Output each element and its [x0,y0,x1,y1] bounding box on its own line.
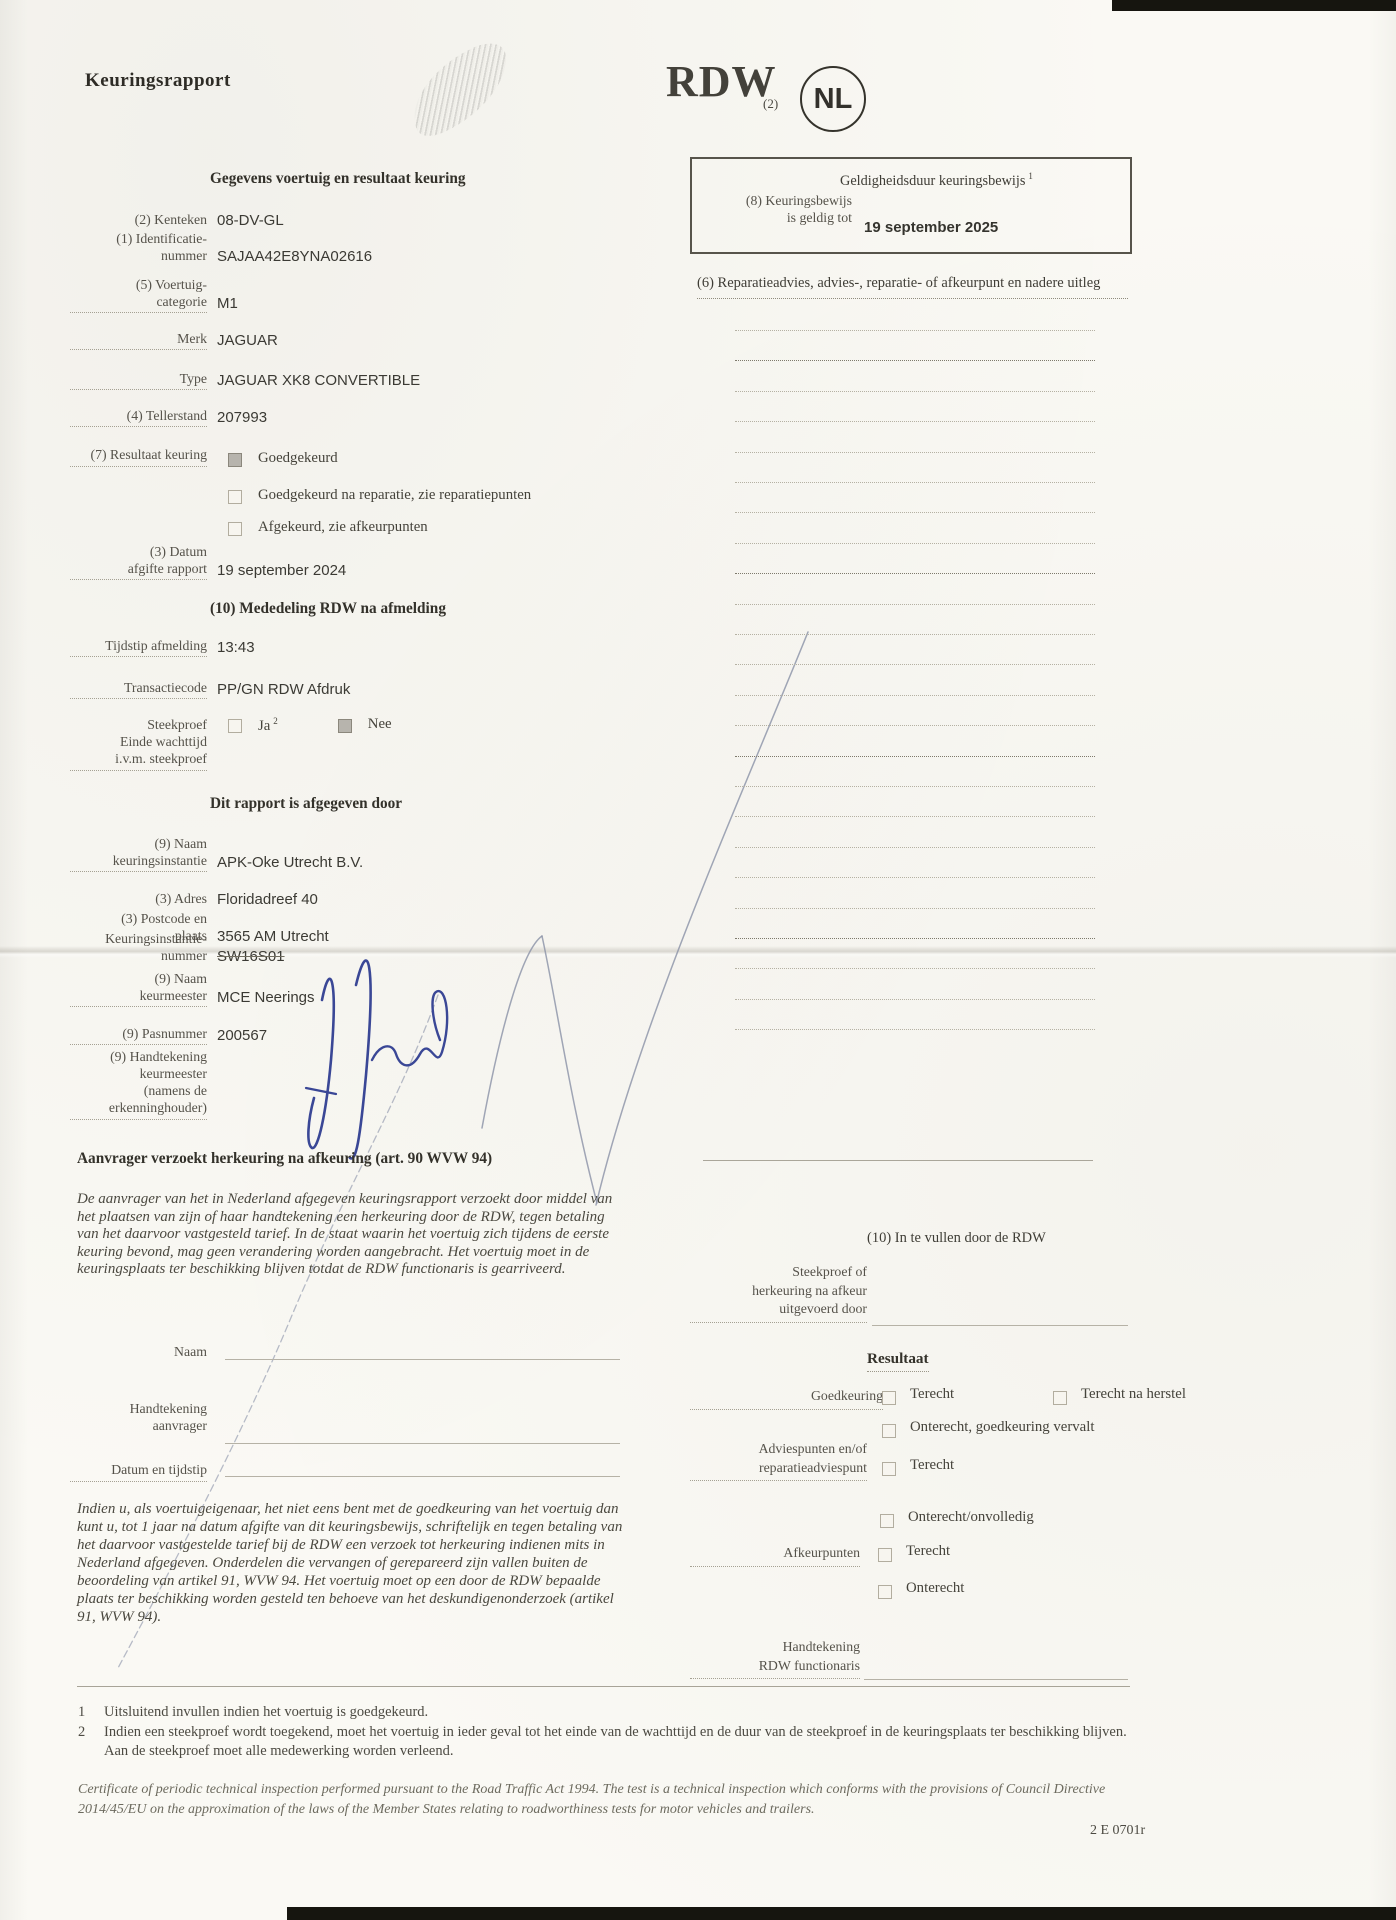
option-label: Goedgekeurd [258,450,338,467]
scan-artifact-top-bar [1112,0,1396,11]
field-merk: Merk JAGUAR [70,330,600,350]
goedkeuring-label: Goedkeuring [690,1387,883,1410]
handtekening-aanvrager-line [225,1443,620,1444]
uitgevoerd-door-line [872,1325,1128,1326]
checkbox-onterecht-onvolledig [880,1514,894,1528]
herkeuring-heading: Aanvrager verzoekt herkeuring na afkeuri… [77,1150,492,1168]
field-value: 08-DV-GL [207,212,284,230]
repair-lines [735,330,1095,1045]
option-label: Goedgekeurd na reparatie, zie reparatiep… [258,487,531,504]
resultaat-heading: Resultaat [867,1350,929,1372]
field-label: (1) Identificatie- nummer [70,230,207,266]
option-terecht: Terecht [910,1386,954,1403]
validity-title: Geldigheidsduur keuringsbewijs 1 [840,171,1033,190]
footnote-text: Indien een steekproef wordt toegekend, m… [104,1723,1134,1760]
checkbox-goedgekeurd-na-reparatie [228,490,242,504]
afkeurpunten-label: Afkeurpunten [690,1544,860,1567]
rdw-fill-heading: (10) In te vullen door de RDW [867,1230,1046,1247]
field-label: Type [70,370,207,390]
field-label: (2) Kenteken [70,211,207,230]
footnote-text: Uitsluitend invullen indien het voertuig… [104,1703,428,1722]
option-terecht-afkeur: Terecht [906,1543,950,1560]
checkbox-terecht-na-herstel [1053,1391,1067,1405]
option-goedgekeurd: Goedgekeurd [228,450,338,467]
checkbox-afgekeurd [228,522,242,536]
validity-value: 19 september 2025 [864,219,998,236]
option-goedgekeurd-na-reparatie: Goedgekeurd na reparatie, zie reparatiep… [228,487,531,504]
repair-extra-line [703,1160,1093,1161]
uitgevoerd-door-label: Steekproef of herkeuring na afkeur uitge… [690,1263,867,1323]
footnote-2: 2 Indien een steekproef wordt toegekend,… [78,1723,1134,1760]
handtekening-aanvrager-label: Handtekening aanvrager [70,1400,207,1437]
resultaat-keuring-label: (7) Resultaat keuring [70,446,207,467]
field-label: (3) Datum afgifte rapport [70,543,207,580]
field-voertuigcategorie: (5) Voertuig- categorie M1 [70,276,600,313]
naam-line [225,1359,620,1360]
field-datum-afgifte: (3) Datum afgifte rapport 19 september 2… [70,543,600,580]
checkbox-terecht-afkeur [878,1548,892,1562]
checkbox-goedgekeurd [228,453,242,467]
option-onterecht: Onterecht [906,1580,964,1597]
repair-section-heading: (6) Reparatieadvies, advies-, reparatie-… [697,275,1128,299]
field-label: (4) Tellerstand [70,407,207,427]
datum-tijdstip-label: Datum en tijdstip [70,1461,207,1482]
field-tellerstand: (4) Tellerstand 207993 [70,407,600,427]
herkeuring-paragraph: De aanvrager van het in Nederland afgege… [77,1191,625,1279]
footnote-number: 1 [78,1703,90,1722]
nl-label: NL [814,83,853,116]
checkbox-terecht [882,1391,896,1405]
scan-artifact-bottom-bar [287,1907,1396,1920]
scanned-document-page: Keuringsrapport RDW (2) NL Gegevens voer… [0,0,1396,1920]
vehicle-section-heading: Gegevens voertuig en resultaat keuring [210,170,466,188]
option-terecht-na-herstel: Terecht na herstel [1081,1386,1186,1403]
adviespunten-label: Adviespunten en/of reparatieadviespunt [690,1440,867,1481]
checkbox-terecht-advies [882,1462,896,1476]
field-label: (5) Voertuig- categorie [70,276,207,313]
option-afgekeurd: Afgekeurd, zie afkeurpunten [228,519,428,536]
document-title: Keuringsrapport [85,70,231,92]
logo-prefix: (2) [763,96,778,112]
option-onterecht-vervalt: Onterecht, goedkeuring vervalt [910,1419,1094,1436]
handtekening-rdw-line [864,1679,1128,1680]
rdw-logo: RDW [666,60,777,104]
checkbox-onterecht [878,1585,892,1599]
field-value: 19 september 2024 [207,562,346,580]
field-identificatienummer: (1) Identificatie- nummer SAJAA42E8YNA02… [70,230,600,266]
herkeuring-paragraph-2: Indien u, als voertuigeigenaar, het niet… [77,1500,633,1626]
field-value: JAGUAR XK8 CONVERTIBLE [207,372,420,390]
form-code: 2 E 0701r [1090,1823,1145,1839]
field-type: Type JAGUAR XK8 CONVERTIBLE [70,370,600,390]
datum-tijdstip-line [225,1476,620,1477]
option-terecht-advies: Terecht [910,1457,954,1474]
naam-label: Naam [70,1343,207,1363]
field-value: M1 [207,295,238,313]
field-value: SAJAA42E8YNA02616 [207,248,372,266]
field-value: 207993 [207,409,267,427]
footnote-separator [77,1686,1130,1687]
validity-label: (8) Keuringsbewijs is geldig tot [712,192,852,226]
scan-smudge-watermark [409,33,513,145]
footnote-number: 2 [78,1723,90,1760]
validity-box: Geldigheidsduur keuringsbewijs 1 (8) Keu… [690,157,1132,254]
footnote-1: 1 Uitsluitend invullen indien het voertu… [78,1703,1134,1722]
certificate-note: Certificate of periodic technical inspec… [78,1780,1108,1820]
option-onterecht-onvolledig: Onterecht/onvolledig [908,1509,1034,1526]
field-kenteken: (2) Kenteken 08-DV-GL [70,211,600,230]
handtekening-rdw-label: Handtekening RDW functionaris [690,1638,860,1679]
nl-country-badge: NL [800,66,866,132]
field-value: JAGUAR [207,332,278,350]
field-label: Merk [70,330,207,350]
option-label: Afgekeurd, zie afkeurpunten [258,519,428,536]
checkbox-onterecht-vervalt [882,1424,896,1438]
